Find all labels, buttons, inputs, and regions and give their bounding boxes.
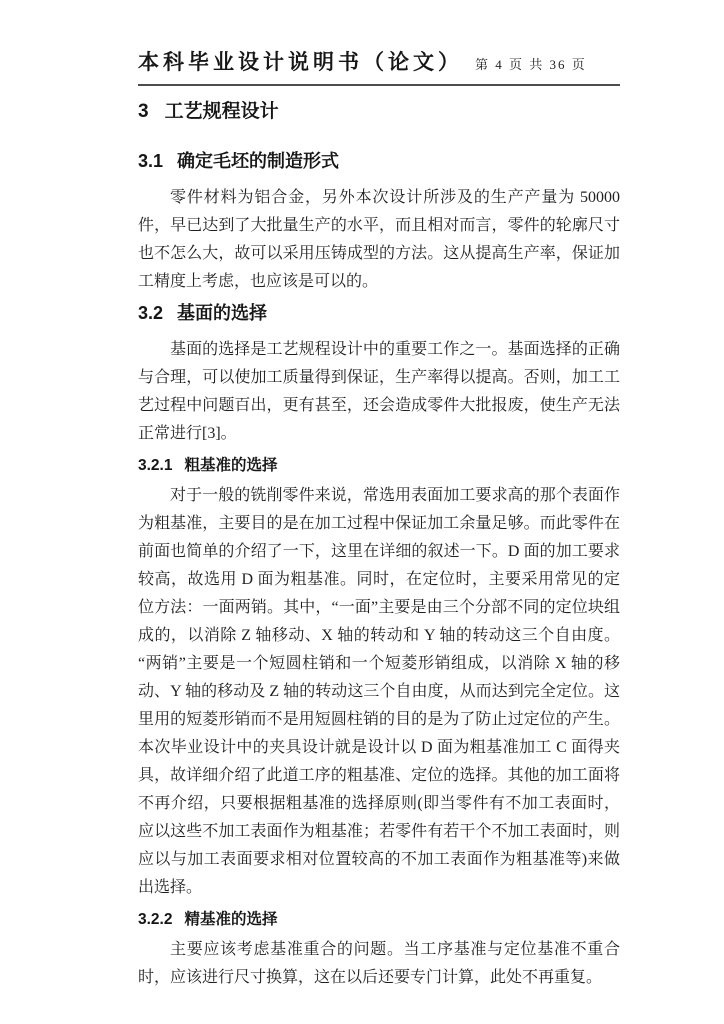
thesis-document-page: 本科毕业设计说明书（论文） 第 4 页 共 36 页 3工艺规程设计 3.1确定… xyxy=(0,0,724,1024)
page-header: 本科毕业设计说明书（论文） 第 4 页 共 36 页 xyxy=(138,46,620,76)
section-title: 确定毛坯的制造形式 xyxy=(177,151,339,171)
subsection-heading-3-2-1: 3.2.1粗基准的选择 xyxy=(138,456,620,476)
subsection-title: 粗基准的选择 xyxy=(184,457,277,474)
page-number-indicator: 第 4 页 共 36 页 xyxy=(475,54,587,73)
subsection-title: 精基准的选择 xyxy=(184,911,277,928)
section-number: 3.2 xyxy=(138,303,163,323)
chapter-number: 3 xyxy=(138,101,149,122)
chapter-heading: 3工艺规程设计 xyxy=(138,100,620,124)
document-title: 本科毕业设计说明书（论文） xyxy=(138,46,463,76)
paragraph-datum-selection: 基面的选择是工艺规程设计中的重要工作之一。基面选择的正确与合理，可以使加工质量得… xyxy=(138,336,620,448)
section-number: 3.1 xyxy=(138,151,163,171)
header-divider xyxy=(138,84,620,86)
section-heading-3-1: 3.1确定毛坯的制造形式 xyxy=(138,150,620,172)
subsection-heading-3-2-2: 3.2.2精基准的选择 xyxy=(138,910,620,930)
section-title: 基面的选择 xyxy=(177,303,267,323)
section-heading-3-2: 3.2基面的选择 xyxy=(138,302,620,324)
paragraph-blank-form: 零件材料为铝合金，另外本次设计所涉及的生产产量为 50000 件，早已达到了大批… xyxy=(138,184,620,296)
paragraph-rough-datum: 对于一般的铣削零件来说，常选用表面加工要求高的那个表面作为粗基准，主要目的是在加… xyxy=(138,482,620,902)
paragraph-fine-datum: 主要应该考虑基准重合的问题。当工序基准与定位基准不重合时，应该进行尺寸换算，这在… xyxy=(138,936,620,992)
chapter-title: 工艺规程设计 xyxy=(165,101,279,122)
subsection-number: 3.2.1 xyxy=(138,457,172,474)
subsection-number: 3.2.2 xyxy=(138,911,172,928)
